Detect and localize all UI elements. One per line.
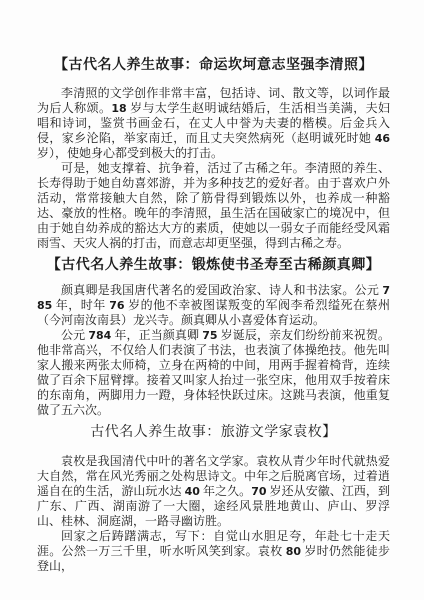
section-yuan-mei: 古代名人养生故事：旅游文学家袁枚】 袁枚是我国清代中叶的著名文学家。袁枚从青少年… xyxy=(37,423,390,574)
paragraph: 颜真卿是我国唐代著名的爱国政治家、诗人和书法家。公元 785 年，时年 76 岁… xyxy=(37,283,390,328)
section-title-li-qingzhao: 【古代名人养生故事：命运坎坷意志坚强李清照】 xyxy=(37,56,390,76)
paragraph: 回家之后踌躇满志，写下：自觉山水胆足夸，年赴七十走天涯。公然一万三千里，听水听风… xyxy=(37,529,390,574)
paragraph: 袁枚是我国清代中叶的著名文学家。袁枚从青少年时代就热爱大自然，常在风光秀丽之处构… xyxy=(37,454,390,529)
paragraph: 公元 784 年，正当颜真卿 75 岁诞辰，亲友们纷纷前来祝贺。他非常高兴，不仅… xyxy=(37,328,390,418)
document-page: 【古代名人养生故事：命运坎坷意志坚强李清照】 李清照的文学创作非常丰富，包括诗、… xyxy=(0,0,424,600)
paragraph: 可是，她支撑着、抗争着，活过了古稀之年。李清照的养生、长寿得助于她自幼喜郊游，并… xyxy=(37,161,390,251)
section-yan-zhenqing: 【古代名人养生故事：锻炼使书圣寿至古稀颜真卿】 颜真卿是我国唐代著名的爱国政治家… xyxy=(37,256,390,418)
section-li-qingzhao: 【古代名人养生故事：命运坎坷意志坚强李清照】 李清照的文学创作非常丰富，包括诗、… xyxy=(37,56,390,251)
paragraph: 李清照的文学创作非常丰富，包括诗、词、散文等，以词作最为后人称颂。18 岁与太学… xyxy=(37,86,390,161)
section-title-yuan-mei: 古代名人养生故事：旅游文学家袁枚】 xyxy=(37,423,390,443)
section-title-yan-zhenqing: 【古代名人养生故事：锻炼使书圣寿至古稀颜真卿】 xyxy=(37,256,390,276)
